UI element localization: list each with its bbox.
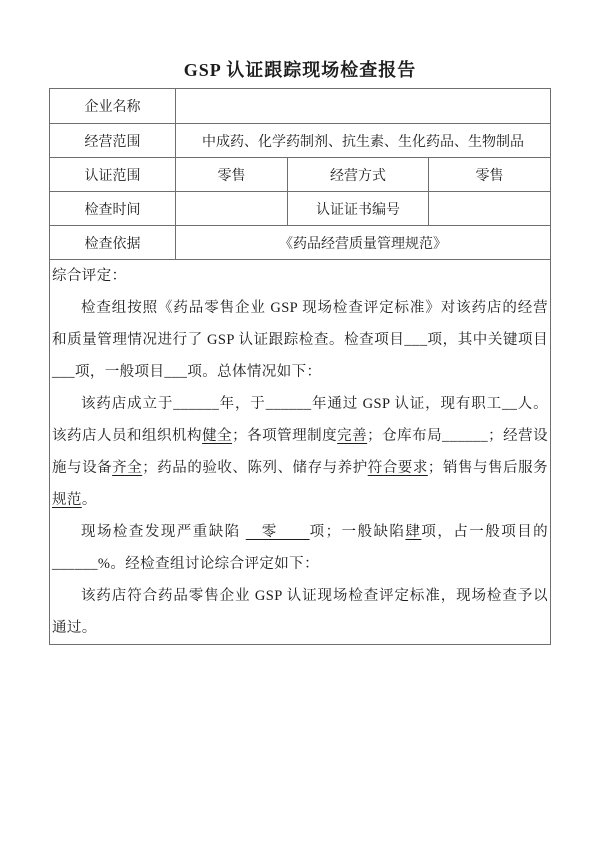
- row-inspection-time: 检查时间 认证证书编号: [50, 192, 551, 226]
- cert-number-value: [429, 192, 551, 226]
- business-scope-label: 经营范围: [50, 124, 176, 158]
- row-cert-scope: 认证范围 零售 经营方式 零售: [50, 158, 551, 192]
- row-company: 企业名称: [50, 89, 551, 124]
- cert-scope-value: 零售: [176, 158, 288, 192]
- row-basis: 检查依据 《药品经营质量管理规范》: [50, 226, 551, 260]
- business-mode-value: 零售: [429, 158, 551, 192]
- company-name-label: 企业名称: [50, 89, 176, 124]
- cert-scope-label: 认证范围: [50, 158, 176, 192]
- inspection-time-value: [176, 192, 288, 226]
- cert-number-label: 认证证书编号: [288, 192, 429, 226]
- assessment-paragraph-4: 该药店符合药品零售企业 GSP 认证现场检查评定标准，现场检查予以通过。: [52, 580, 548, 644]
- inspection-form-table: 企业名称 经营范围 中成药、化学药制剂、抗生素、生化药品、生物制品 认证范围 零…: [49, 88, 551, 645]
- company-name-value: [176, 89, 551, 124]
- assessment-paragraph-1: 检查组按照《药品零售企业 GSP 现场检查评定标准》对该药店的经营和质量管理情况…: [52, 292, 548, 388]
- inspection-basis-label: 检查依据: [50, 226, 176, 260]
- assessment-cell: 综合评定： 检查组按照《药品零售企业 GSP 现场检查评定标准》对该药店的经营和…: [50, 260, 551, 645]
- inspection-basis-value: 《药品经营质量管理规范》: [176, 226, 551, 260]
- business-mode-label: 经营方式: [288, 158, 429, 192]
- row-assessment: 综合评定： 检查组按照《药品零售企业 GSP 现场检查评定标准》对该药店的经营和…: [50, 260, 551, 645]
- report-title: GSP 认证跟踪现场检查报告: [0, 56, 600, 82]
- report-page: GSP 认证跟踪现场检查报告 企业名称 经营范围 中成药、化学药制剂、抗生素、生…: [0, 0, 600, 850]
- assessment-section: 综合评定： 检查组按照《药品零售企业 GSP 现场检查评定标准》对该药店的经营和…: [52, 260, 548, 644]
- assessment-heading: 综合评定：: [52, 260, 548, 292]
- row-scope: 经营范围 中成药、化学药制剂、抗生素、生化药品、生物制品: [50, 124, 551, 158]
- business-scope-value: 中成药、化学药制剂、抗生素、生化药品、生物制品: [176, 124, 551, 158]
- inspection-time-label: 检查时间: [50, 192, 176, 226]
- assessment-paragraph-2: 该药店成立于______年，于______年通过 GSP 认证，现有职工__人。…: [52, 388, 548, 516]
- assessment-paragraph-3: 现场检查发现严重缺陷 零 项；一般缺陷肆项，占一般项目的______%。经检查组…: [52, 516, 548, 580]
